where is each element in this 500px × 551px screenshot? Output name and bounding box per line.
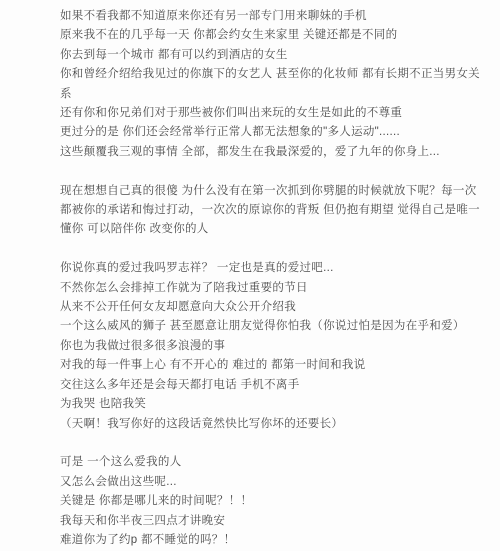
text-line: 我每天和你半夜三四点才讲晚安 — [60, 512, 484, 531]
text-line: （天啊！我写你好的这段话竟然快比写你坏的还要长） — [60, 415, 484, 434]
text-line: 你去到每一个城市 都有可以约到酒店的女生 — [60, 46, 484, 65]
text-line: 你和曾经介绍给我见过的你旗下的女艺人 甚至你的化妆师 都有长期不正当男女关 — [60, 65, 484, 84]
text-line: 这些颠覆我三观的事情 全部，都发生在我最深爱的，爱了九年的你身上... — [60, 143, 484, 162]
paragraph: 可是 一个这么爱我的人又怎么会做出这些呢...关键是 你都是哪儿来的时间呢？！！… — [60, 453, 484, 550]
post-page: 如果不看我都不知道原来你还有另一部专门用来聊妹的手机原来我不在的几乎每一天 你都… — [0, 0, 500, 551]
text-line: 系 — [60, 85, 484, 104]
text-line: 又怎么会做出这些呢... — [60, 473, 484, 492]
text-line: 如果不看我都不知道原来你还有另一部专门用来聊妹的手机 — [60, 7, 484, 26]
text-line: 对我的每一件事上心 有不开心的 难过的 都第一时间和我说 — [60, 356, 484, 375]
text-line: 原来我不在的几乎每一天 你都会约女生来家里 关键还都是不同的 — [60, 26, 484, 45]
text-line: 都被你的承诺和悔过打动，一次次的原谅你的背叛 但仍抱有期望 觉得自己是唯一 — [60, 201, 484, 220]
text-line: 更过分的是 你们还会经常举行正常人都无法想象的"多人运动"...... — [60, 123, 484, 142]
paragraph: 现在想想自己真的很傻 为什么没有在第一次抓到你劈腿的时候就放下呢？每一次都被你的… — [60, 182, 484, 240]
text-line: 为我哭 也陪我笑 — [60, 395, 484, 414]
text-line: 可是 一个这么爱我的人 — [60, 453, 484, 472]
text-line: 你也为我做过很多很多浪漫的事 — [60, 337, 484, 356]
text-line: 懂你 可以陪伴你 改变你的人 — [60, 220, 484, 239]
text-line: 不然你怎么会排掉工作就为了陪我过重要的节日 — [60, 279, 484, 298]
text-line: 难道你为了约p 都不睡觉的吗？！ — [60, 531, 484, 550]
paragraph: 如果不看我都不知道原来你还有另一部专门用来聊妹的手机原来我不在的几乎每一天 你都… — [60, 7, 484, 162]
text-line: 你说你真的爱过我吗罗志祥？ 一定也是真的爱过吧... — [60, 259, 484, 278]
text-line: 一个这么威风的狮子 甚至愿意让朋友觉得你怕我（你说过怕是因为在乎和爱） — [60, 317, 484, 336]
text-line: 从来不公开任何女友却愿意向大众公开介绍我 — [60, 298, 484, 317]
text-line: 还有你和你兄弟们对于那些被你们叫出来玩的女生是如此的不尊重 — [60, 104, 484, 123]
post-content: 如果不看我都不知道原来你还有另一部专门用来聊妹的手机原来我不在的几乎每一天 你都… — [0, 0, 500, 550]
text-line: 现在想想自己真的很傻 为什么没有在第一次抓到你劈腿的时候就放下呢？每一次 — [60, 182, 484, 201]
paragraph: 你说你真的爱过我吗罗志祥？ 一定也是真的爱过吧...不然你怎么会排掉工作就为了陪… — [60, 259, 484, 434]
text-line: 交往这么多年还是会每天都打电话 手机不离手 — [60, 376, 484, 395]
text-line: 关键是 你都是哪儿来的时间呢？！！ — [60, 492, 484, 511]
